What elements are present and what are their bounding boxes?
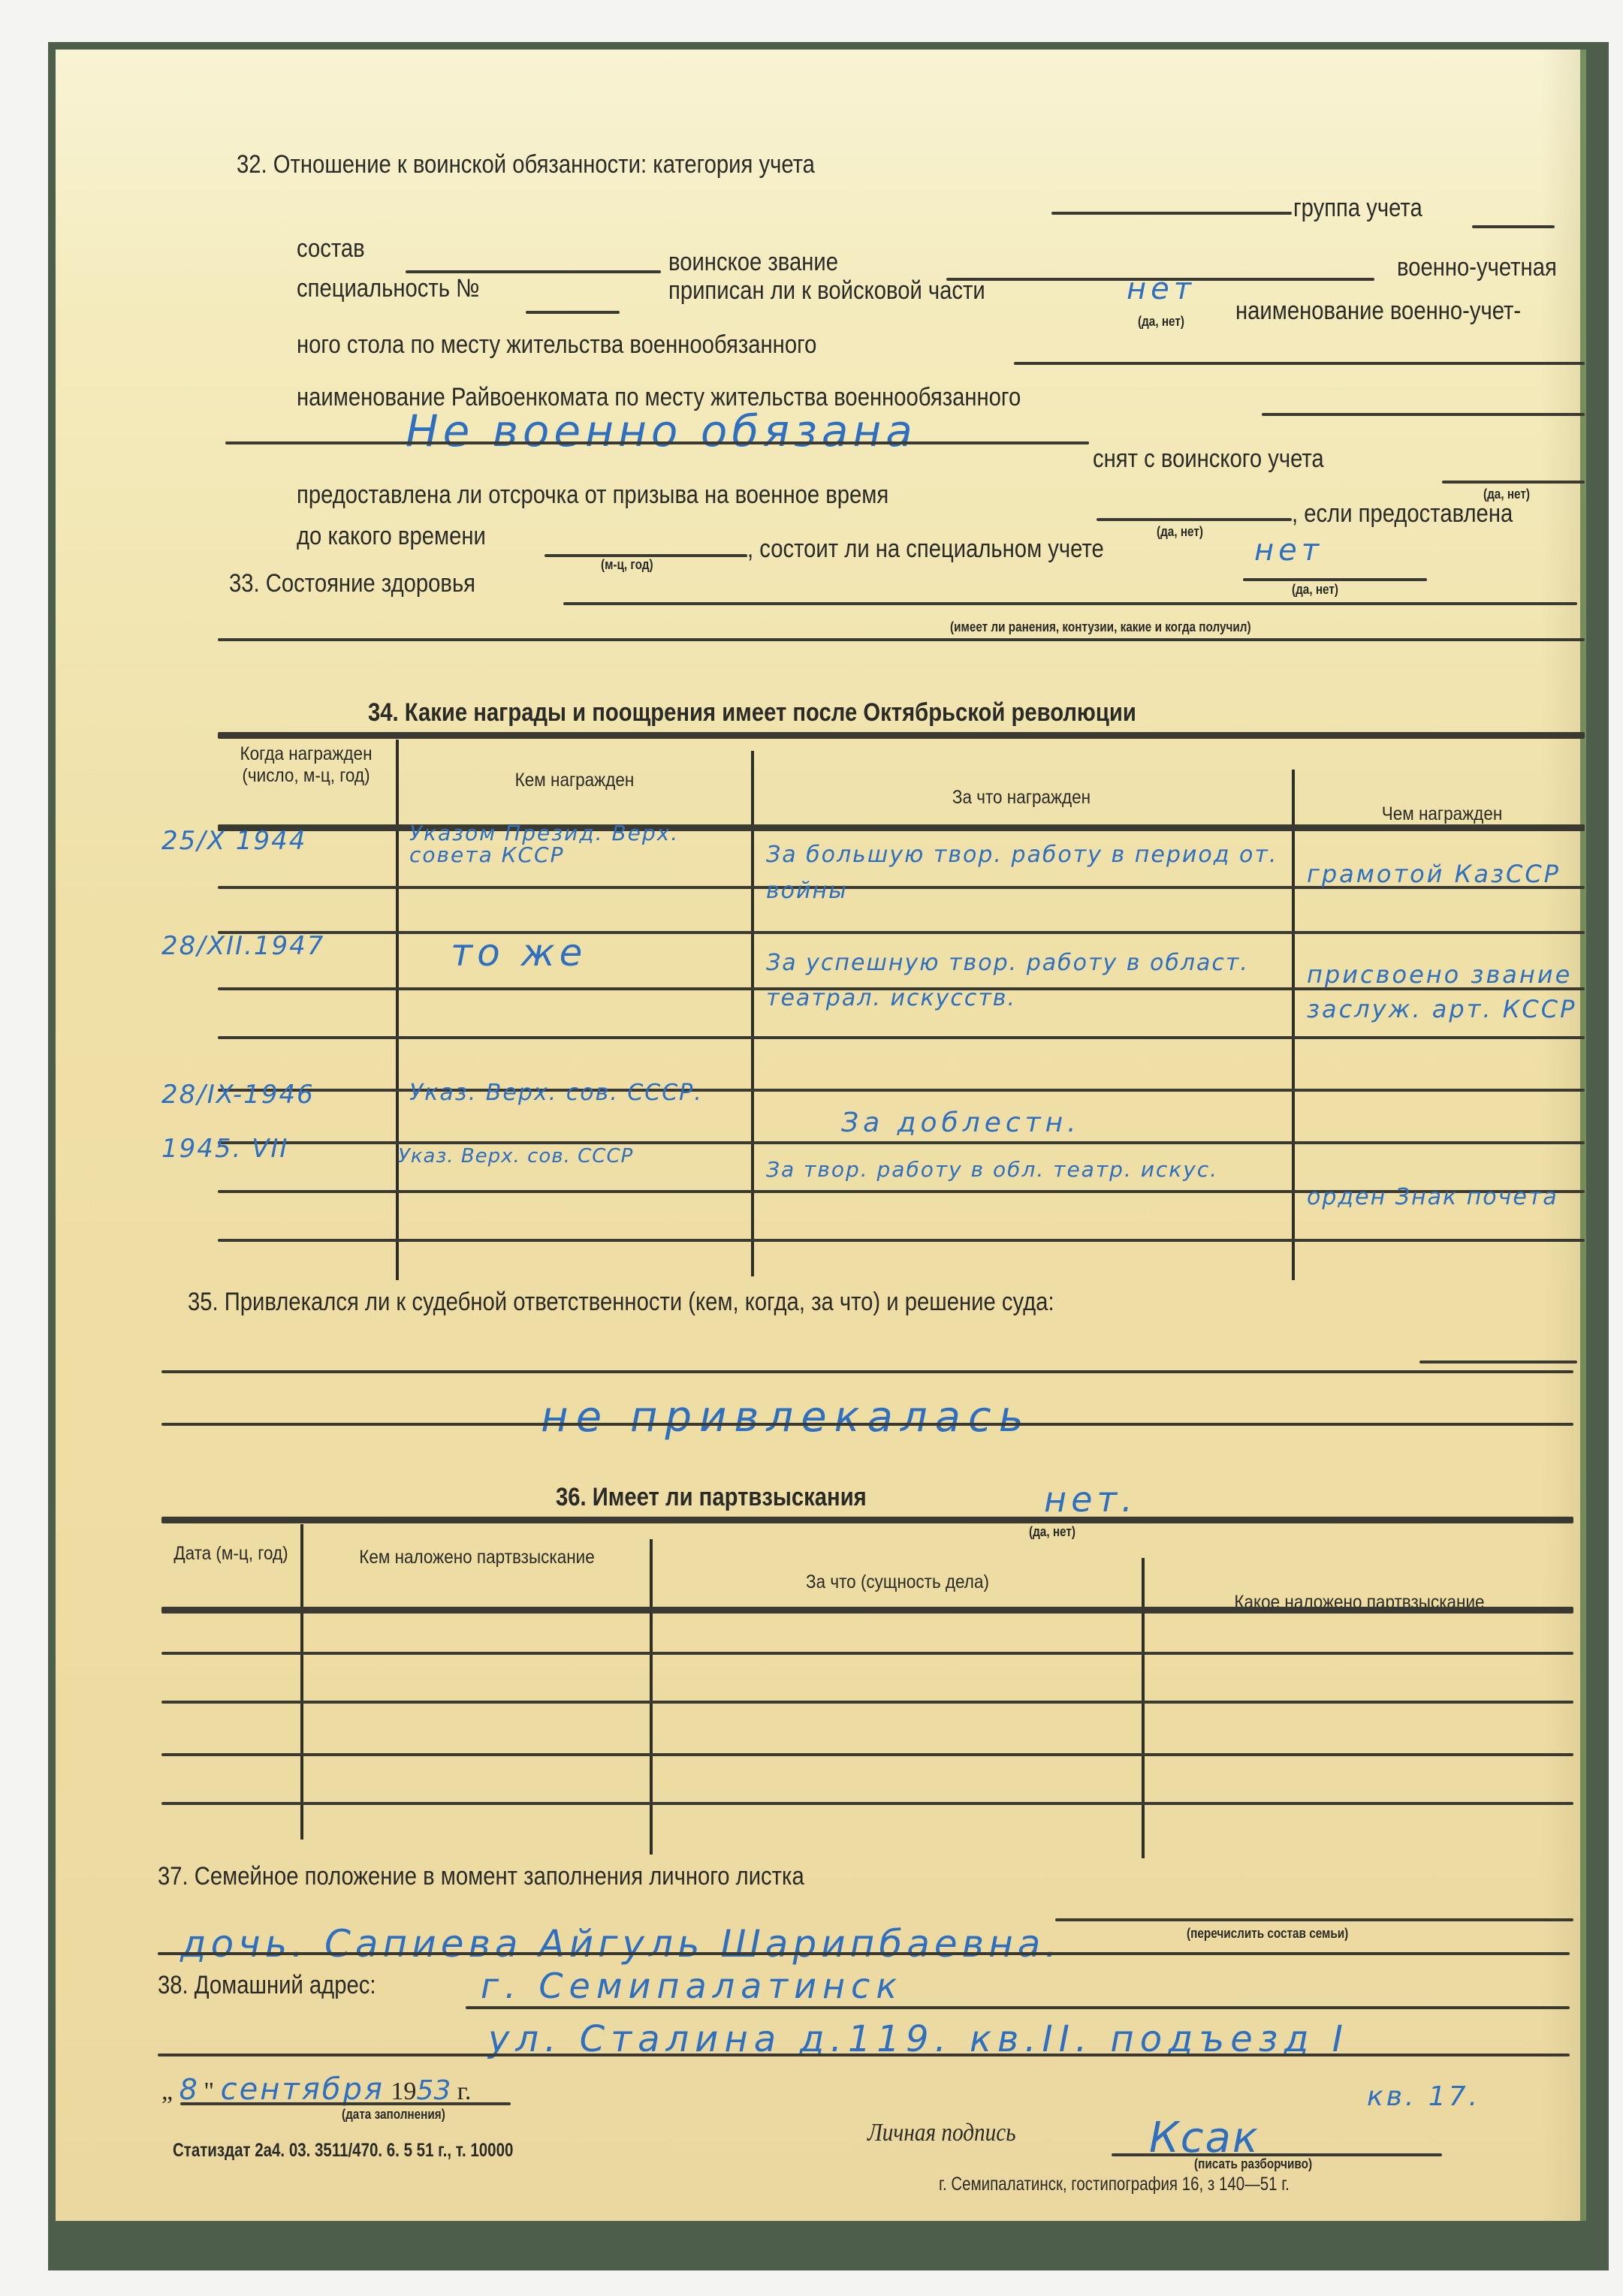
award-by: Указ. Верх. сов. СССР (398, 1145, 633, 1168)
award-by: то же (451, 931, 587, 975)
row-line (218, 1036, 1585, 1039)
yes-no-hint: (да, нет) (1138, 314, 1184, 330)
award-what: присвоено звание заслуж. арт. КССР (1307, 957, 1585, 1027)
award-by: Указ. Верх. сов. СССР. (409, 1081, 740, 1105)
row-line (161, 1701, 1573, 1704)
page-edge (1580, 50, 1586, 2221)
desk-field (1014, 362, 1585, 365)
address-label: 38. Домашний адрес: (158, 1971, 376, 2000)
address-field (466, 2006, 1570, 2009)
award-for: За твор. работу в обл. театр. искус. (766, 1156, 1284, 1183)
col-header-date: Дата (м-ц, год) (172, 1543, 291, 1565)
row-line (218, 931, 1585, 934)
category-label: Отношение к воинской обязанности: катего… (273, 150, 815, 179)
category-field (1051, 212, 1292, 215)
specialty-field (526, 311, 620, 314)
health-label: Состояние здоровья (266, 569, 475, 598)
composition-label: состав (297, 234, 365, 264)
family-value: дочь. Сапиева Айгуль Шарипбаевна. (180, 1922, 1061, 1966)
court-field-2 (161, 1370, 1573, 1373)
court-value: не привлекалась (541, 1393, 1031, 1442)
group-label: группа учета (1293, 194, 1422, 223)
col-divider (396, 740, 399, 1280)
yes-no-hint: (да, нет) (1029, 1524, 1075, 1540)
health-field-2 (218, 638, 1585, 641)
awards-table-top (218, 732, 1585, 739)
address-line-3: кв. 17. (1367, 2081, 1480, 2112)
address-line-1: г. Семипалатинск (481, 1966, 903, 2006)
desk-label-cont: ного стола по месту жительства военнообя… (297, 330, 816, 360)
penalties-header-bottom (161, 1607, 1573, 1614)
family-label: 37. Семейное положение в момент заполнен… (158, 1862, 804, 1891)
removed-field (1442, 481, 1585, 484)
col-header-date: Когда награжден (число, м-ц, год) (227, 743, 386, 787)
award-what: орден Знак почета (1307, 1183, 1585, 1212)
row-line (218, 1239, 1585, 1242)
deferment-field (1097, 518, 1292, 521)
assigned-label: приписан ли к войсковой части (668, 276, 985, 306)
col-divider (300, 1524, 303, 1840)
court-label: 35. Привлекался ли к судебной ответствен… (188, 1288, 1054, 1317)
signature-label: Личная подпись (867, 2119, 1016, 2147)
special-field (1243, 578, 1427, 581)
award-date: 1945. VII (161, 1134, 288, 1164)
composition-field (406, 270, 661, 273)
row-line (218, 1141, 1585, 1144)
if-granted-label: , если предоставлена (1292, 499, 1513, 529)
assigned-value: нет (1127, 272, 1196, 306)
yes-no-hint: (да, нет) (1292, 582, 1338, 598)
award-date: 25/X 1944 (161, 826, 306, 856)
date-hint: (дата заполнения) (342, 2107, 445, 2123)
removed-label: снят с воинского учета (1093, 444, 1324, 474)
penalties-table-top (161, 1517, 1573, 1523)
date-year-prefix: 19 (391, 2078, 416, 2105)
col-header-by: Кем награжден (419, 770, 730, 791)
date-field (180, 2102, 511, 2105)
col-header-for: За что награжден (785, 787, 1258, 809)
penalties-value: нет. (1044, 1479, 1137, 1520)
rank-label: воинское звание (668, 248, 838, 277)
health-hint: (имеет ли ранения, контузии, какие и ког… (950, 619, 1251, 635)
yes-no-hint: (да, нет) (1157, 524, 1203, 540)
raion-field-2 (225, 441, 1089, 444)
award-date: 28/IX-1946 (161, 1080, 315, 1110)
award-for: За доблестн. (841, 1107, 1081, 1138)
until-label: до какого времени (297, 522, 486, 551)
court-field-3 (161, 1423, 1573, 1426)
section-number: 32. (237, 150, 267, 179)
award-date: 28/XII.1947 (161, 931, 324, 961)
award-for: За большую твор. работу в период от. вой… (766, 837, 1284, 909)
family-field (1055, 1918, 1573, 1921)
date-day: 8 (179, 2073, 198, 2106)
imprint-left: Статиздат 2а4. 03. 3511/470. 6. 5 51 г.,… (173, 2140, 513, 2162)
awards-title: 34. Какие награды и поощрения имеет посл… (368, 698, 1136, 728)
col-header-for: За что (сущность дела) (685, 1571, 1111, 1593)
deferment-label: предоставлена ли отсрочка от призыва на … (297, 481, 888, 510)
date-year-suffix: 53 (416, 2075, 451, 2106)
penalties-label: 36. Имеет ли партвзыскания (556, 1483, 867, 1512)
col-header-what: Чем награжден (1314, 803, 1570, 825)
col-header-by: Кем наложено партвзыскание (332, 1547, 623, 1568)
family-field-2 (158, 1952, 1570, 1955)
section-33-label: 33. Состояние здоровья (229, 569, 475, 598)
col-divider (1292, 770, 1295, 1280)
group-field (1472, 225, 1555, 228)
award-by: Указом Презид. Верх. совета КССР (409, 822, 740, 866)
award-what: грамотой КазССР (1307, 856, 1585, 892)
imprint-right: г. Семипалатинск, гостипография 16, з 14… (939, 2174, 1290, 2195)
special-label: , состоит ли на специальном учете (747, 535, 1104, 564)
vus-label: военно-учетная (1397, 253, 1557, 282)
row-line (161, 1802, 1573, 1805)
address-field-2 (158, 2053, 1570, 2056)
row-line (161, 1753, 1573, 1756)
special-value: нет (1254, 533, 1323, 568)
family-hint: (перечислить состав семьи) (1187, 1926, 1348, 1942)
quote: " (204, 2078, 214, 2105)
award-for: За успешную твор. работу в област. театр… (766, 946, 1284, 1016)
section-32-line1: 32. Отношение к воинской обязанности: ка… (237, 150, 815, 179)
court-field (1419, 1360, 1577, 1363)
quote: „ (161, 2078, 173, 2105)
raion-value: Не военно обязана (406, 405, 917, 456)
specialty-label: специальность № (297, 274, 480, 303)
col-divider (650, 1539, 653, 1855)
health-field (563, 602, 1577, 605)
col-divider (1142, 1558, 1145, 1858)
signature-hint: (писать разборчиво) (1194, 2156, 1312, 2172)
row-line (161, 1652, 1573, 1655)
section-number: 33. (229, 569, 260, 598)
date-year-letter: г. (457, 2078, 472, 2105)
raion-field (1262, 413, 1585, 416)
month-year-hint: (м-ц, год) (601, 557, 653, 573)
desk-label: наименование военно-учет- (1235, 297, 1521, 326)
